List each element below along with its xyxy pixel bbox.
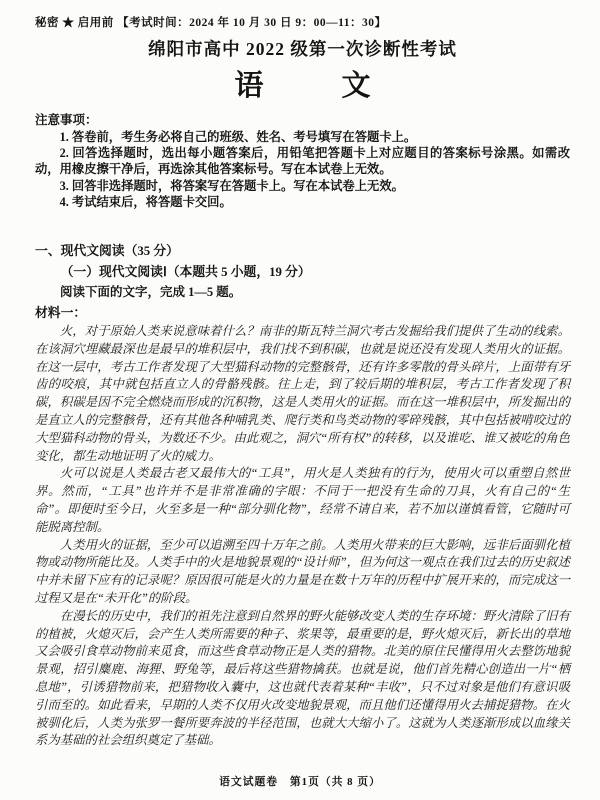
- subject-title: 语 文: [35, 63, 570, 104]
- material-paragraph-3: 人类用火的证据，至少可以追溯至四十万年之前。人类用火带来的巨大影响，远非后面驯化…: [35, 537, 570, 608]
- material-paragraph-4: 在漫长的历史中，我们的祖先注意到自然界的野火能够改变人类的生存环境：野火清除了旧…: [35, 608, 570, 750]
- notice-heading: 注意事项：: [35, 110, 570, 128]
- material-one-label: 材料一：: [35, 302, 570, 321]
- notice-item-3: 3. 回答非选择题时，将答案写在答题卡上。写在本试卷上无效。: [35, 178, 570, 194]
- notice-item-4: 4. 考试结束后，将答题卡交回。: [35, 194, 570, 210]
- exam-title: 绵阳市高中 2022 级第一次诊断性考试: [35, 36, 570, 61]
- section-one-block: 一、现代文阅读（35 分） （一）现代文阅读Ⅰ（本题共 5 小题，19 分） 阅…: [35, 240, 570, 321]
- exam-paper-page: 秘密 ★ 启用前 【考试时间：2024 年 10 月 30 日 9：00—11：…: [0, 0, 600, 800]
- subject-char-1: 语: [234, 63, 263, 104]
- subject-char-2: 文: [342, 63, 371, 104]
- material-paragraph-1: 火，对于原始人类来说意味着什么？南非的斯瓦特兰洞穴考古发掘给我们提供了生动的线索…: [35, 323, 570, 465]
- page-footer: 语文试题卷 第1页（共 8 页）: [0, 774, 600, 789]
- section-instruction: 阅读下面的文字，完成 1—5 题。: [60, 282, 570, 300]
- section-heading: 一、现代文阅读（35 分）: [35, 240, 570, 259]
- section-subheading: （一）现代文阅读Ⅰ（本题共 5 小题，19 分）: [61, 261, 570, 280]
- material-one-body: 火，对于原始人类来说意味着什么？南非的斯瓦特兰洞穴考古发掘给我们提供了生动的线索…: [35, 323, 570, 750]
- notice-block: 注意事项： 1. 答卷前，考生务必将自己的班级、姓名、考号填写在答题卡上。 2.…: [35, 110, 570, 210]
- notice-item-1: 1. 答卷前，考生务必将自己的班级、姓名、考号填写在答题卡上。: [35, 129, 570, 145]
- security-header: 秘密 ★ 启用前 【考试时间：2024 年 10 月 30 日 9：00—11：…: [35, 14, 570, 30]
- notice-item-2: 2. 回答选择题时，选出每小题答案后，用铅笔把答题卡上对应题目的答案标号涂黑。如…: [35, 145, 570, 177]
- material-paragraph-2: 火可以说是人类最古老又最伟大的“工具”，用火是人类独有的行为，使用火可以重塑自然…: [35, 465, 570, 536]
